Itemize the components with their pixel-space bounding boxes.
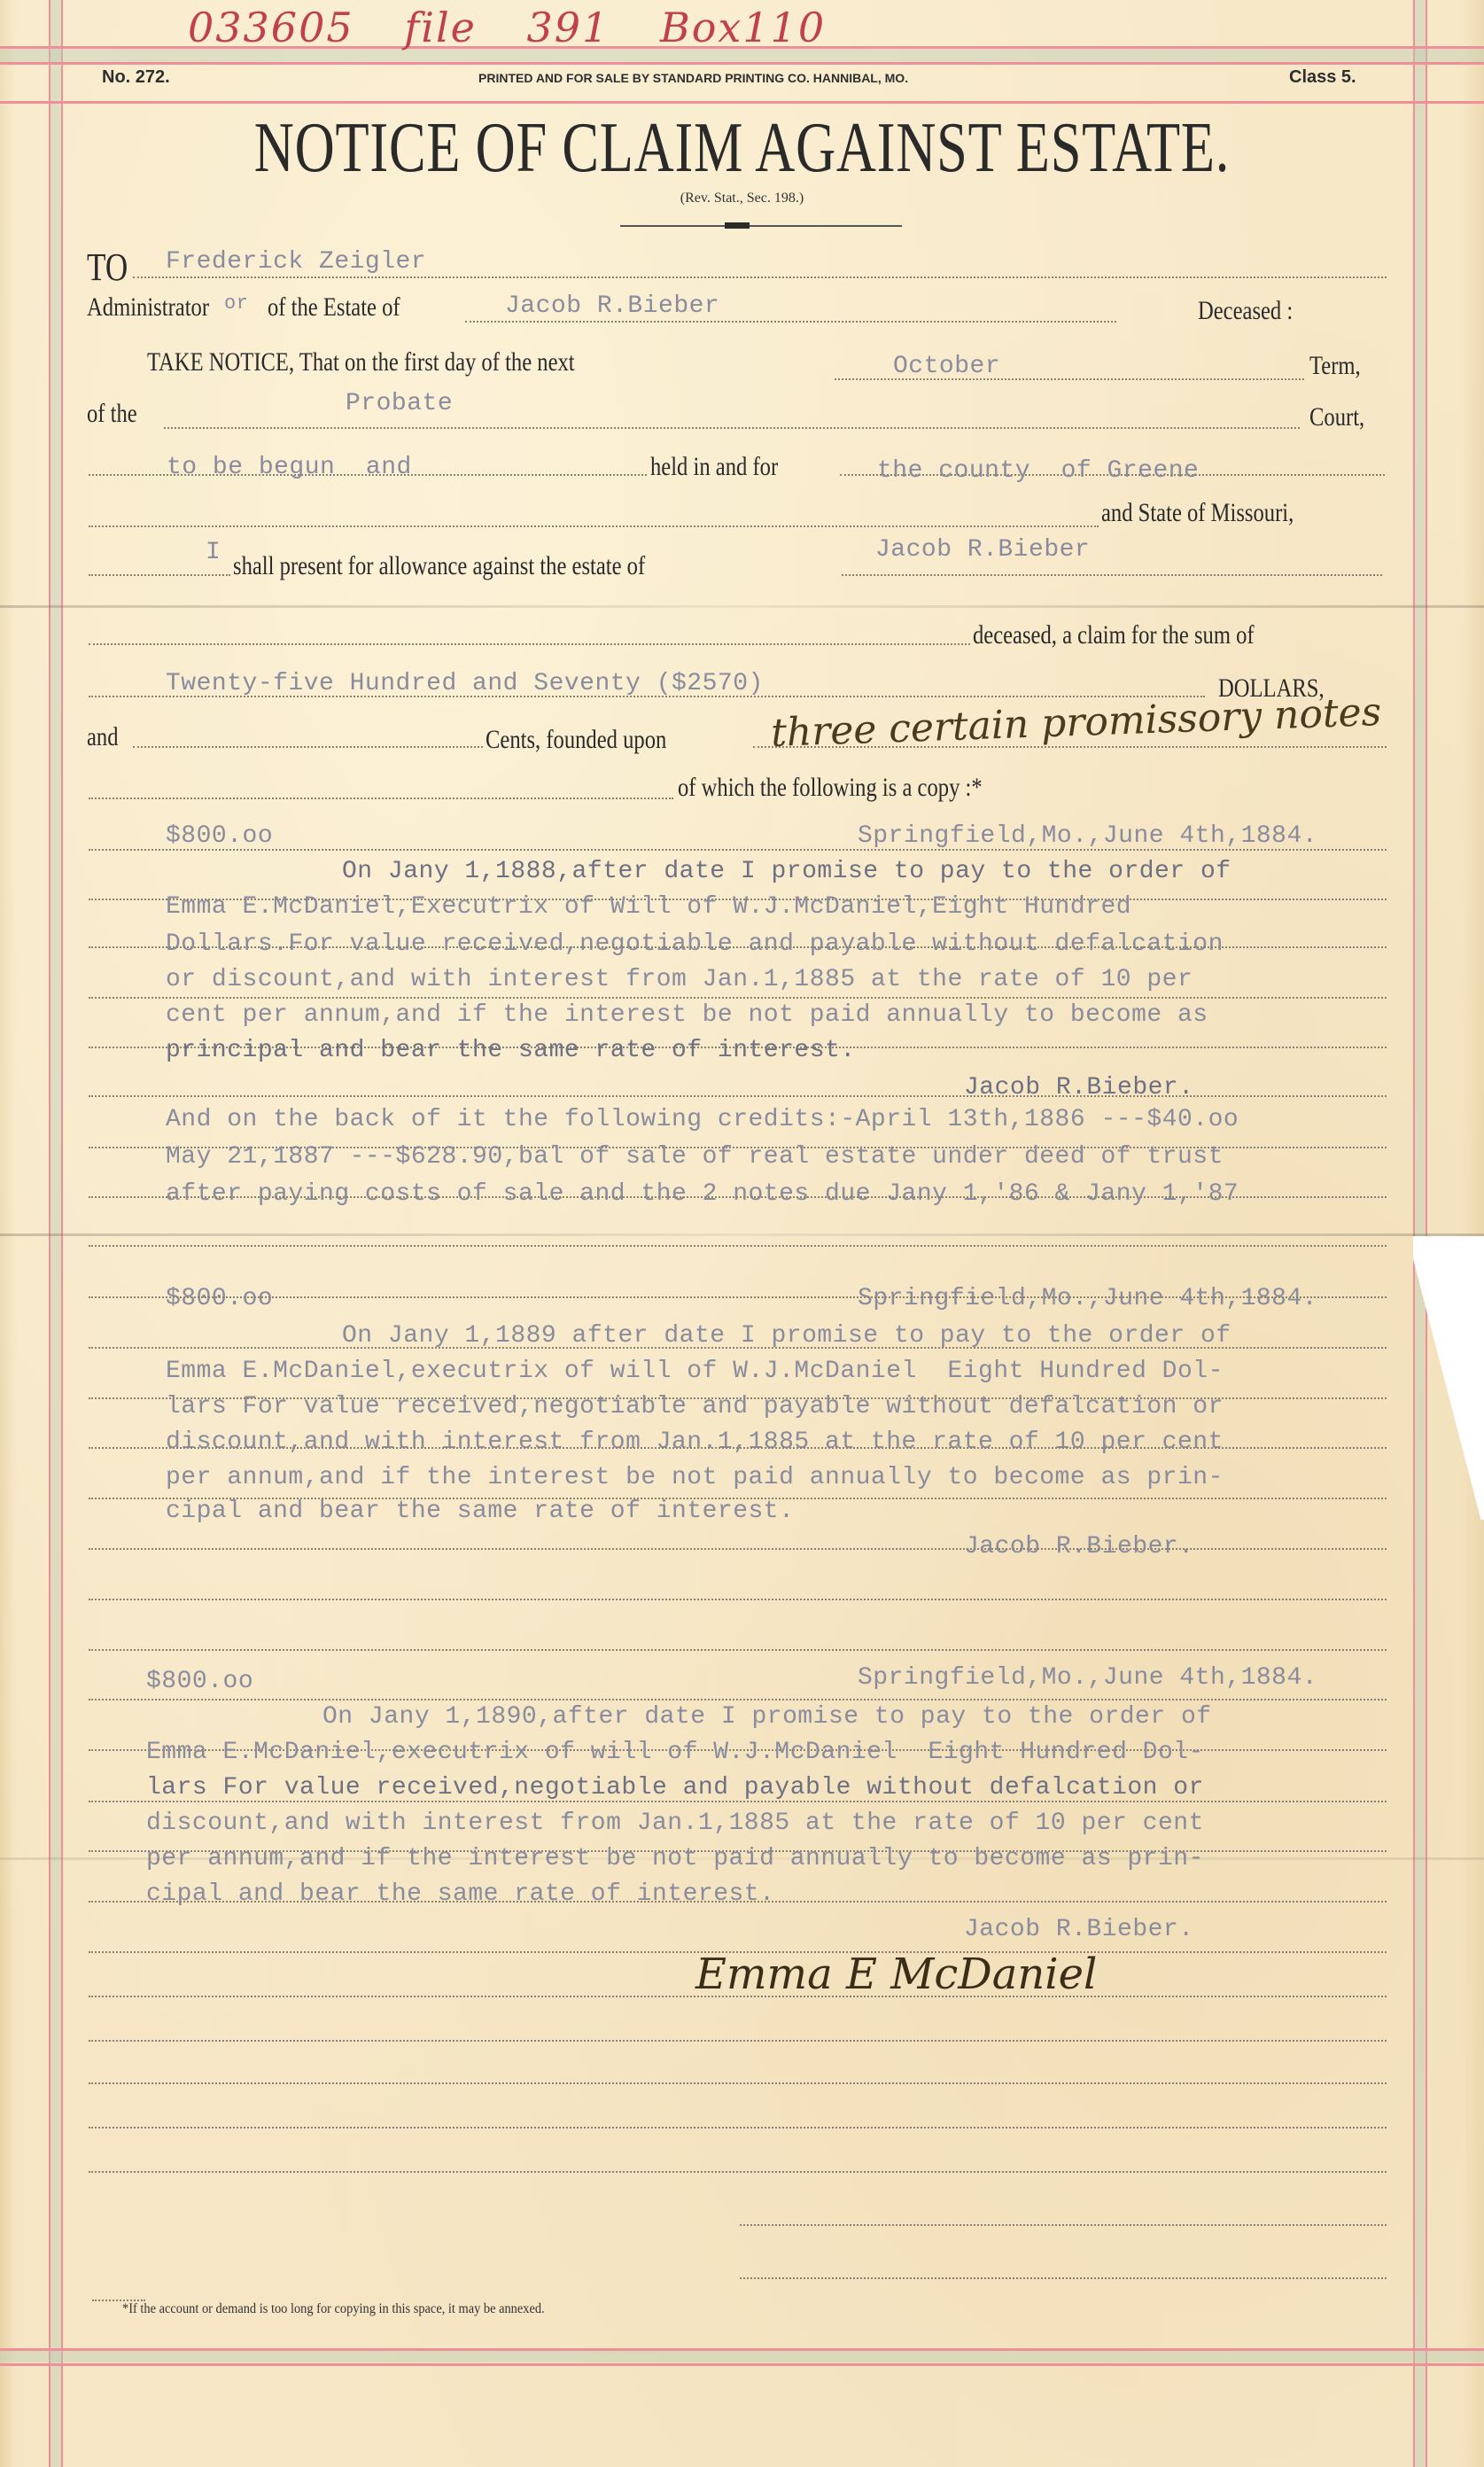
archive-annotation: 033605 file 391 Box110 (188, 4, 826, 51)
note2-line: discount,and with interest from Jan.1,18… (166, 1428, 1224, 1456)
note1-credit: And on the back of it the following cred… (166, 1106, 1239, 1133)
note2-signer: Jacob R.Bieber. (964, 1533, 1194, 1560)
blank-line (89, 2082, 1387, 2084)
note1-credit: May 21,1887 ---$628.90,bal of sale of re… (166, 1143, 1224, 1171)
note-line (89, 1901, 1387, 1903)
to-value: Frederick Zeigler (166, 248, 426, 276)
note2-line: cipal and bear the same rate of interest… (166, 1498, 794, 1525)
bottom-band (0, 2351, 1484, 2362)
note-line (89, 946, 1387, 948)
cents-label: Cents, founded upon (486, 725, 666, 755)
note3-line: cipal and bear the same rate of interest… (146, 1880, 774, 1908)
administrator-suffix: or (224, 292, 248, 315)
estate-of-label: of the Estate of (268, 292, 400, 323)
sum-value: Twenty-five Hundred and Seventy ($2570) (166, 670, 764, 697)
note2-line: Emma E.McDaniel,executrix of will of W.J… (166, 1358, 1224, 1385)
of-the-label: of the (87, 399, 137, 429)
begun-value: to be begun and (167, 454, 412, 481)
blank-line (89, 1649, 1387, 1651)
county-value: the county of Greene (877, 457, 1199, 485)
note2-line: per annum,and if the interest be not pai… (166, 1464, 1224, 1491)
note-line (89, 997, 1387, 999)
estate2-field-line (842, 574, 1382, 576)
note2-place-date: Springfield,Mo.,June 4th,1884. (858, 1285, 1317, 1312)
term-label: Term, (1309, 351, 1361, 381)
to-field-line (133, 276, 1387, 278)
note-line (89, 1095, 1387, 1097)
take-notice-label: TAKE NOTICE, That on the first day of th… (147, 347, 575, 377)
claim-field-line (89, 643, 970, 645)
blank-line (89, 2127, 1387, 2128)
court-field-line (164, 427, 1300, 429)
note-line (89, 1447, 1387, 1449)
document-page: 033605 file 391 Box110 No. 272. PRINTED … (0, 0, 1484, 2467)
note3-place-date: Springfield,Mo.,June 4th,1884. (858, 1664, 1317, 1692)
note3-line: Emma E.McDaniel,executrix of will of W.J… (146, 1739, 1204, 1766)
blank-line (89, 1599, 1387, 1600)
estate-value-2: Jacob R.Bieber (875, 536, 1090, 564)
note3-line: lars For value received,negotiable and p… (146, 1774, 1204, 1802)
bottom-rule (0, 2363, 1484, 2366)
note-line (89, 1296, 1387, 1298)
short-blank-line (740, 2224, 1387, 2226)
note1-signer: Jacob R.Bieber. (964, 1074, 1194, 1101)
court-value: Probate (346, 390, 453, 417)
note3-signer: Jacob R.Bieber. (964, 1916, 1194, 1943)
claimant-field-line (89, 574, 230, 576)
note2-line: On Jany 1,1889 after date I promise to p… (342, 1322, 1231, 1350)
short-blank-line (740, 2277, 1387, 2279)
note-line (89, 1699, 1387, 1700)
note3-amount: $800.oo (146, 1668, 253, 1695)
claimant-value: I (206, 539, 221, 566)
document-title: NOTICE OF CLAIM AGAINST ESTATE. (163, 108, 1321, 189)
note-line (89, 1196, 1387, 1198)
held-label: held in and for (650, 452, 778, 482)
note2-amount: $800.oo (166, 1285, 273, 1312)
copy-field-line (89, 798, 673, 799)
signature-line-bottom (89, 1996, 1387, 1997)
paper-fold (0, 1857, 1484, 1860)
bottom-rule (0, 2348, 1484, 2351)
note1-line: On Jany 1,1888,after date I promise to p… (342, 858, 1231, 885)
ornamental-rule (620, 225, 902, 227)
deceased-label: Deceased : (1198, 296, 1293, 326)
court-label: Court, (1309, 402, 1364, 432)
note1-line: principal and bear the same rate of inte… (166, 1037, 856, 1064)
note1-line: Dollars.For value received,negotiable an… (166, 930, 1224, 958)
top-rule (0, 62, 1484, 65)
header-rule (0, 101, 1484, 104)
note1-line: or discount,and with interest from Jan.1… (166, 966, 1193, 993)
administrator-label: Administrator (87, 292, 209, 323)
note1-place-date: Springfield,Mo.,June 4th,1884. (858, 822, 1317, 850)
note1-credit: after paying costs of sale and the 2 not… (166, 1180, 1239, 1208)
note-line (89, 1245, 1387, 1247)
estate-of-value: Jacob R.Bieber (505, 292, 719, 320)
statute-reference: (Rev. Stat., Sec. 198.) (0, 191, 1484, 206)
estate-field-line (465, 321, 1116, 323)
term-value: October (893, 353, 1000, 380)
state-label: and State of Missouri, (1101, 498, 1294, 528)
note1-line: cent per annum,and if the interest be no… (166, 1001, 1208, 1029)
blank-line (89, 2040, 1387, 2042)
paper-fold (0, 1233, 1484, 1236)
paper-fold (0, 605, 1484, 608)
footnote: *If the account or demand is too long fo… (122, 2301, 545, 2317)
printer-line: PRINTED AND FOR SALE BY STANDARD PRINTIN… (478, 71, 908, 85)
form-number: No. 272. (102, 67, 170, 88)
cents-field-line (133, 746, 483, 748)
state-field-line (89, 525, 1099, 527)
deceased-claim-label: deceased, a claim for the sum of (973, 620, 1255, 650)
note-line (89, 1801, 1387, 1802)
note3-line: On Jany 1,1890,after date I promise to p… (322, 1703, 1212, 1731)
copy-label: of which the following is a copy :* (678, 773, 983, 803)
to-label: TO (87, 245, 128, 290)
note1-amount: $800.oo (166, 822, 273, 850)
note3-line: discount,and with interest from Jan.1,18… (146, 1809, 1204, 1837)
note1-line: Emma E.McDaniel,Executrix of Will of W.J… (166, 893, 1131, 921)
present-label: shall present for allowance against the … (233, 551, 645, 581)
and-label: and (87, 722, 119, 752)
class-label: Class 5. (1289, 67, 1356, 88)
blank-line (89, 2171, 1387, 2173)
note-line (89, 1548, 1387, 1550)
note-line (89, 1397, 1387, 1399)
note-line (89, 1347, 1387, 1349)
claimant-signature: Emma E McDaniel (695, 1949, 1097, 1999)
